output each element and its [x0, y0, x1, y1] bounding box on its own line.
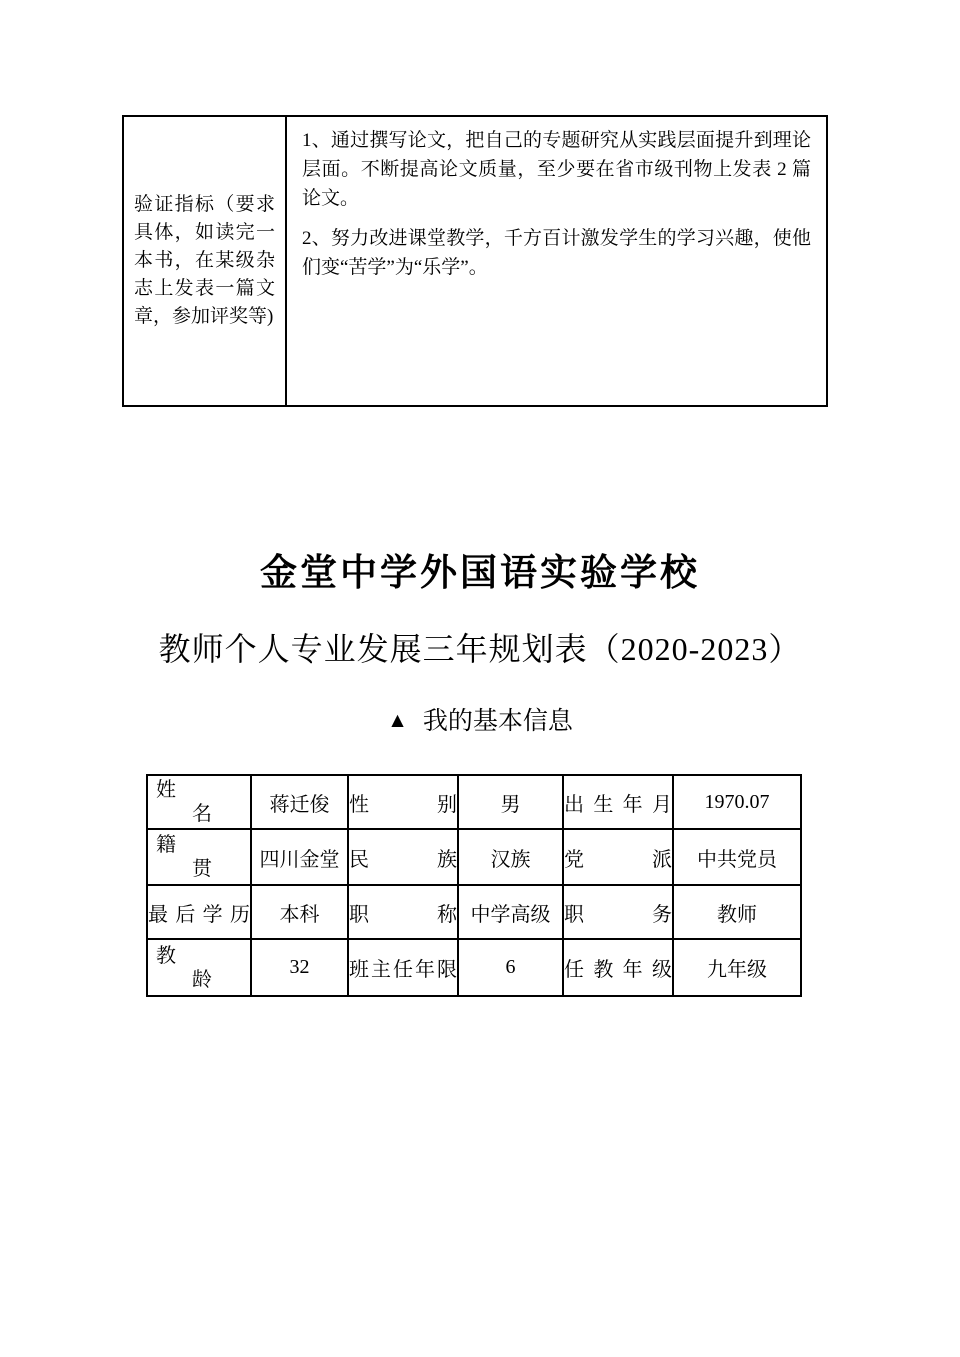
cell-teachingyears-label-line2: 龄 [148, 968, 250, 992]
triangle-bullet-icon: ▲ [387, 708, 408, 732]
section-header: ▲我的基本信息 [0, 704, 960, 740]
cell-headteacheryears-label: 班主任年限 [348, 939, 458, 996]
table-row-name: 姓 名 蒋迁俊 性别 男 出生年月 1970.07 [147, 775, 801, 829]
cell-party-label: 党派 [563, 829, 673, 885]
cell-name-label-line2: 名 [148, 802, 250, 826]
document-page: 验证指标（要求具体，如读完一本书，在某级杂志上发表一篇文章，参加评奖等) 1、通… [0, 0, 960, 1357]
verification-table: 验证指标（要求具体，如读完一本书，在某级杂志上发表一篇文章，参加评奖等) 1、通… [122, 115, 828, 407]
cell-headteacheryears-value: 6 [458, 939, 563, 996]
verification-label-cell: 验证指标（要求具体，如读完一本书，在某级杂志上发表一篇文章，参加评奖等) [124, 117, 287, 405]
plan-subtitle: 教师个人专业发展三年规划表（2020-2023） [0, 628, 960, 670]
table-row-teachingyears: 教 龄 32 班主任年限 6 任教年级 九年级 [147, 939, 801, 996]
cell-title-label: 职称 [348, 885, 458, 939]
cell-name-value: 蒋迁俊 [251, 775, 348, 829]
table-row-nativeplace: 籍 贯 四川金堂 民族 汉族 党派 中共党员 [147, 829, 801, 885]
cell-education-value: 本科 [251, 885, 348, 939]
cell-position-value: 教师 [673, 885, 801, 939]
cell-nativeplace-value: 四川金堂 [251, 829, 348, 885]
cell-teachingyears-label-line1: 教 [148, 944, 250, 968]
cell-title-value: 中学高级 [458, 885, 563, 939]
cell-teachingyears-value: 32 [251, 939, 348, 996]
school-title: 金堂中学外国语实验学校 [0, 551, 960, 597]
cell-party-value: 中共党员 [673, 829, 801, 885]
cell-birthdate-value: 1970.07 [673, 775, 801, 829]
cell-nativeplace-label-line2: 贯 [148, 857, 250, 881]
verification-label: 验证指标（要求具体，如读完一本书，在某级杂志上发表一篇文章，参加评奖等) [134, 191, 275, 331]
verification-content-cell: 1、通过撰写论文，把自己的专题研究从实践层面提升到理论层面。不断提高论文质量，至… [287, 117, 826, 405]
cell-ethnicity-value: 汉族 [458, 829, 563, 885]
cell-gender-label: 性别 [348, 775, 458, 829]
verification-item-1: 1、通过撰写论文，把自己的专题研究从实践层面提升到理论层面。不断提高论文质量，至… [302, 126, 811, 213]
cell-birthdate-label: 出生年月 [563, 775, 673, 829]
cell-teachingyears-label: 教 龄 [147, 939, 251, 996]
basic-info-table: 姓 名 蒋迁俊 性别 男 出生年月 1970.07 籍 贯 四川金堂 民族 汉族… [146, 774, 802, 997]
cell-nativeplace-label: 籍 贯 [147, 829, 251, 885]
section-title: 我的基本信息 [423, 708, 573, 735]
cell-name-label: 姓 名 [147, 775, 251, 829]
cell-nativeplace-label-line1: 籍 [148, 833, 250, 857]
cell-gender-value: 男 [458, 775, 563, 829]
cell-gradetaught-label: 任教年级 [563, 939, 673, 996]
cell-position-label: 职务 [563, 885, 673, 939]
cell-education-label: 最后学历 [147, 885, 251, 939]
cell-ethnicity-label: 民族 [348, 829, 458, 885]
verification-item-2: 2、努力改进课堂教学，千方百计激发学生的学习兴趣，使他们变“苦学”为“乐学”。 [302, 224, 811, 282]
table-row-education: 最后学历 本科 职称 中学高级 职务 教师 [147, 885, 801, 939]
cell-name-label-line1: 姓 [148, 778, 250, 802]
cell-gradetaught-value: 九年级 [673, 939, 801, 996]
